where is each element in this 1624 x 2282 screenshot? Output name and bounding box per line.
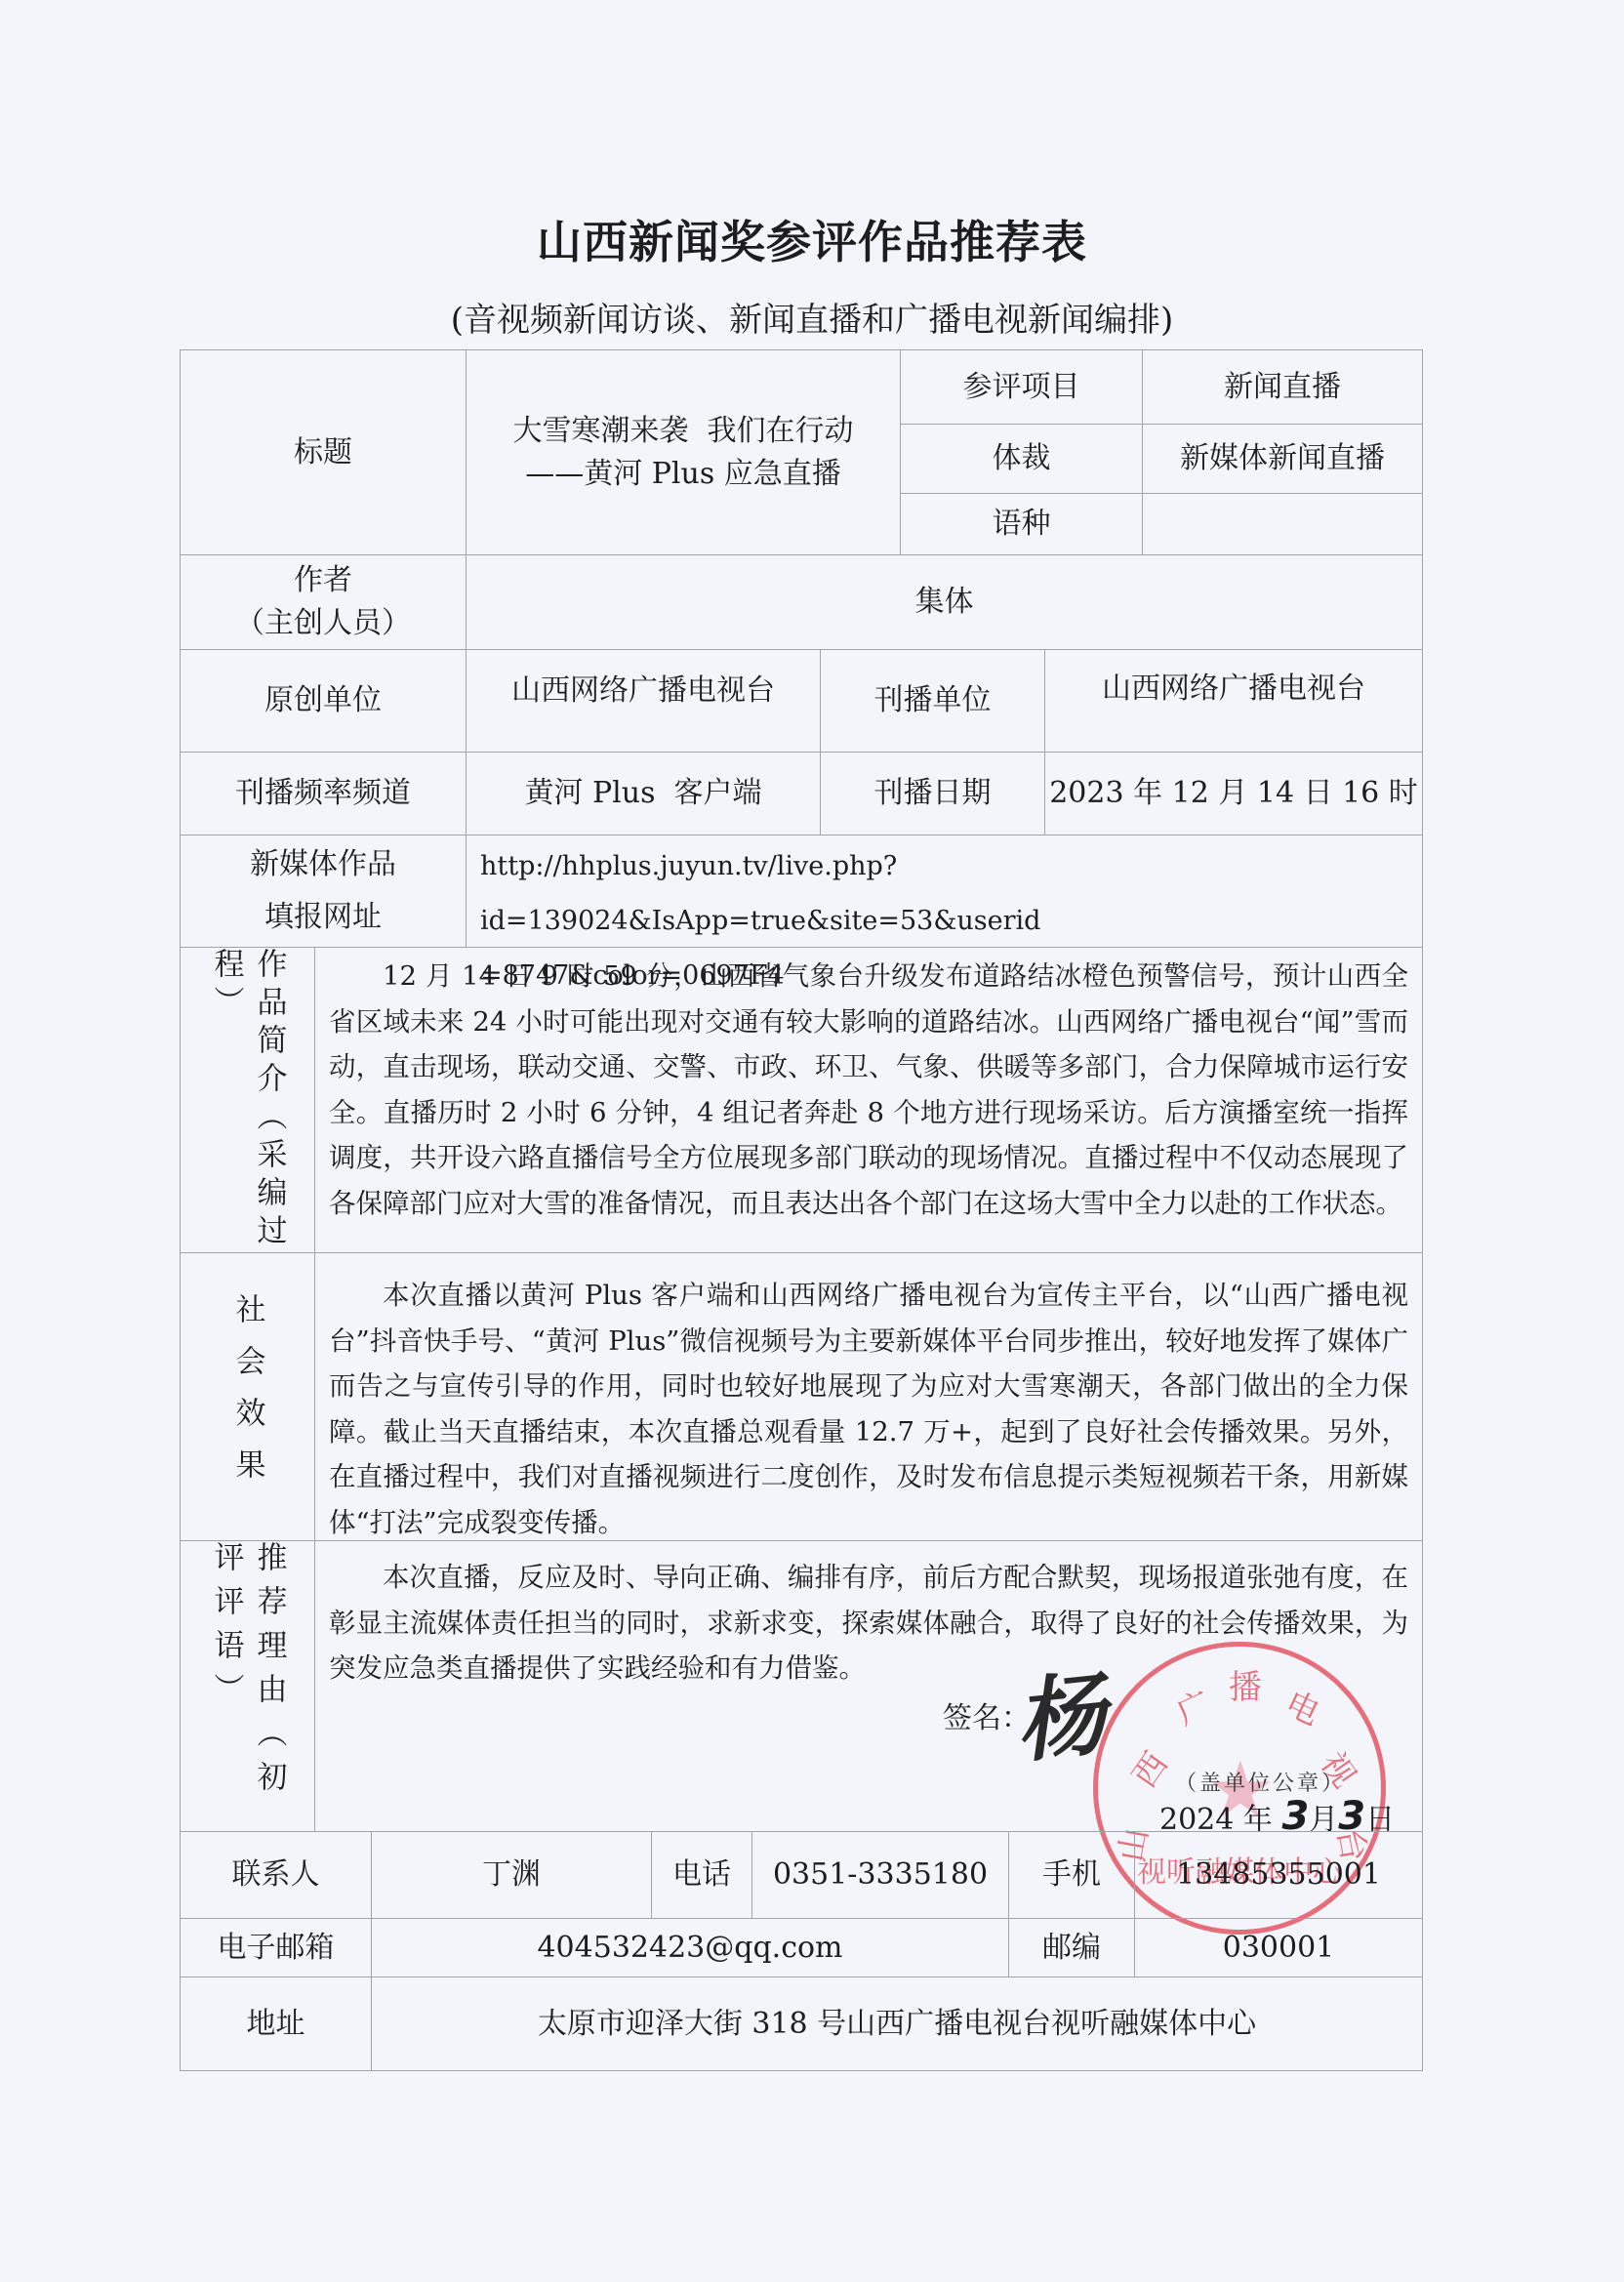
- author-label-line2: （主创人员）: [235, 602, 411, 645]
- title-value: 大雪寒潮来袭 我们在行动 ——黄河 Plus 应急直播: [466, 349, 901, 555]
- channel-label: 刊播频率频道: [180, 752, 467, 835]
- address-label: 地址: [180, 1976, 372, 2071]
- original-unit-value: 山西网络广播电视台: [466, 649, 821, 753]
- mobile-label: 手机: [1008, 1831, 1135, 1919]
- url-label: 新媒体作品 填报网址: [180, 835, 467, 948]
- intro-label-text: 作品简介（采编过程）: [205, 948, 291, 1252]
- phone-value: 0351-3335180: [751, 1831, 1009, 1919]
- date-value-text: 2023 年 12 月 14 日 16 时: [1049, 772, 1418, 815]
- language-value: [1142, 493, 1423, 555]
- document-title: 山西新闻奖参评作品推荐表: [0, 207, 1624, 271]
- intro-text: 12 月 14 日 9 时 59 分，山西省气象台升级发布道路结冰橙色预警信号，…: [329, 954, 1408, 1226]
- phone-label: 电话: [651, 1831, 752, 1919]
- genre-value: 新媒体新闻直播: [1142, 424, 1423, 494]
- language-label-text: 语种: [993, 503, 1051, 546]
- channel-value: 黄河 Plus 客户端: [466, 752, 821, 835]
- title-value-line2: ——黄河 Plus 应急直播: [525, 453, 841, 496]
- email-value-text: 404532423@qq.com: [537, 1927, 842, 1970]
- publish-unit-value: 山西网络广播电视台: [1044, 649, 1423, 753]
- postcode-label: 邮编: [1008, 1918, 1135, 1977]
- title-label: 标题: [180, 349, 467, 555]
- contact-person-value-text: 丁渊: [482, 1854, 541, 1896]
- seal-char: 广: [1167, 1677, 1218, 1734]
- title-value-line1: 大雪寒潮来袭 我们在行动: [512, 410, 853, 453]
- seal-char: 电: [1279, 1677, 1329, 1734]
- contact-person-label: 联系人: [180, 1831, 372, 1919]
- date-label: 刊播日期: [820, 752, 1045, 835]
- phone-label-text: 电话: [672, 1854, 731, 1896]
- original-unit-label: 原创单位: [180, 649, 467, 753]
- publish-unit-label: 刊播单位: [820, 649, 1045, 753]
- author-value: 集体: [466, 554, 1423, 650]
- address-value: 太原市迎泽大街 318 号山西广播电视台视听融媒体中心: [371, 1976, 1423, 2071]
- contact-person-value: 丁渊: [371, 1831, 652, 1919]
- url-value[interactable]: http://hhplus.juyun.tv/live.php?id=13902…: [466, 835, 1423, 948]
- email-label-text: 电子邮箱: [218, 1927, 335, 1970]
- seal-char: 西: [1118, 1741, 1177, 1796]
- category-label-text: 参评项目: [963, 366, 1080, 409]
- seal-note: （盖单位公章）: [1175, 1767, 1346, 1797]
- genre-label-text: 体裁: [993, 437, 1051, 480]
- author-label-line1: 作者: [294, 559, 352, 602]
- language-label: 语种: [900, 493, 1143, 555]
- postcode-label-text: 邮编: [1042, 1927, 1101, 1970]
- mobile-label-text: 手机: [1042, 1854, 1101, 1896]
- publish-unit-value-text: 山西网络广播电视台: [1102, 668, 1365, 711]
- date-label-text: 刊播日期: [874, 772, 992, 815]
- publish-unit-label-text: 刊播单位: [874, 679, 992, 722]
- channel-value-text: 黄河 Plus 客户端: [524, 772, 761, 815]
- seal-char: 播: [1229, 1660, 1262, 1708]
- original-unit-value-text: 山西网络广播电视台: [511, 670, 775, 713]
- postcode-value-text: 030001: [1223, 1927, 1335, 1970]
- original-unit-label-text: 原创单位: [264, 679, 382, 722]
- author-label: 作者 （主创人员）: [180, 554, 467, 650]
- effect-label-text: 社会效果: [226, 1293, 269, 1500]
- url-label-line1: 新媒体作品: [250, 838, 396, 891]
- url-label-line2: 填报网址: [264, 891, 382, 944]
- intro-label: 作品简介（采编过程）: [180, 947, 315, 1253]
- recommendation-label-text: 推荐理由（初评评语）: [205, 1541, 291, 1831]
- handwritten-signature: 杨: [1008, 1644, 1097, 1779]
- genre-label: 体裁: [900, 424, 1143, 494]
- email-value: 404532423@qq.com: [371, 1918, 1009, 1977]
- intro-body: 12 月 14 日 9 时 59 分，山西省气象台升级发布道路结冰橙色预警信号，…: [314, 947, 1423, 1253]
- genre-value-text: 新媒体新闻直播: [1180, 437, 1385, 480]
- recommendation-label: 推荐理由（初评评语）: [180, 1540, 315, 1832]
- contact-person-label-text: 联系人: [232, 1854, 320, 1896]
- category-value-text: 新闻直播: [1224, 366, 1341, 409]
- category-value: 新闻直播: [1142, 349, 1423, 425]
- channel-label-text: 刊播频率频道: [235, 772, 411, 815]
- effect-body: 本次直播以黄河 Plus 客户端和山西网络广播电视台为宣传主平台，以“山西广播电…: [314, 1252, 1423, 1541]
- author-value-text: 集体: [915, 581, 974, 624]
- address-value-text: 太原市迎泽大街 318 号山西广播电视台视听融媒体中心: [538, 2003, 1256, 2046]
- date-value: 2023 年 12 月 14 日 16 时: [1044, 752, 1423, 835]
- document-subtitle: (音视频新闻访谈、新闻直播和广播电视新闻编排): [0, 293, 1624, 341]
- postcode-value: 030001: [1134, 1918, 1423, 1977]
- url-value-line1[interactable]: http://hhplus.juyun.tv/live.php?id=13902…: [480, 839, 1422, 949]
- phone-value-text: 0351-3335180: [773, 1854, 988, 1896]
- address-label-text: 地址: [247, 2003, 305, 2046]
- mobile-value: 13485355001: [1134, 1831, 1423, 1919]
- title-label-text: 标题: [294, 431, 352, 474]
- mobile-value-text: 13485355001: [1176, 1854, 1381, 1896]
- category-label: 参评项目: [900, 349, 1143, 425]
- effect-label: 社会效果: [180, 1252, 315, 1541]
- effect-text: 本次直播以黄河 Plus 客户端和山西网络广播电视台为宣传主平台，以“山西广播电…: [329, 1273, 1408, 1545]
- email-label: 电子邮箱: [180, 1918, 372, 1977]
